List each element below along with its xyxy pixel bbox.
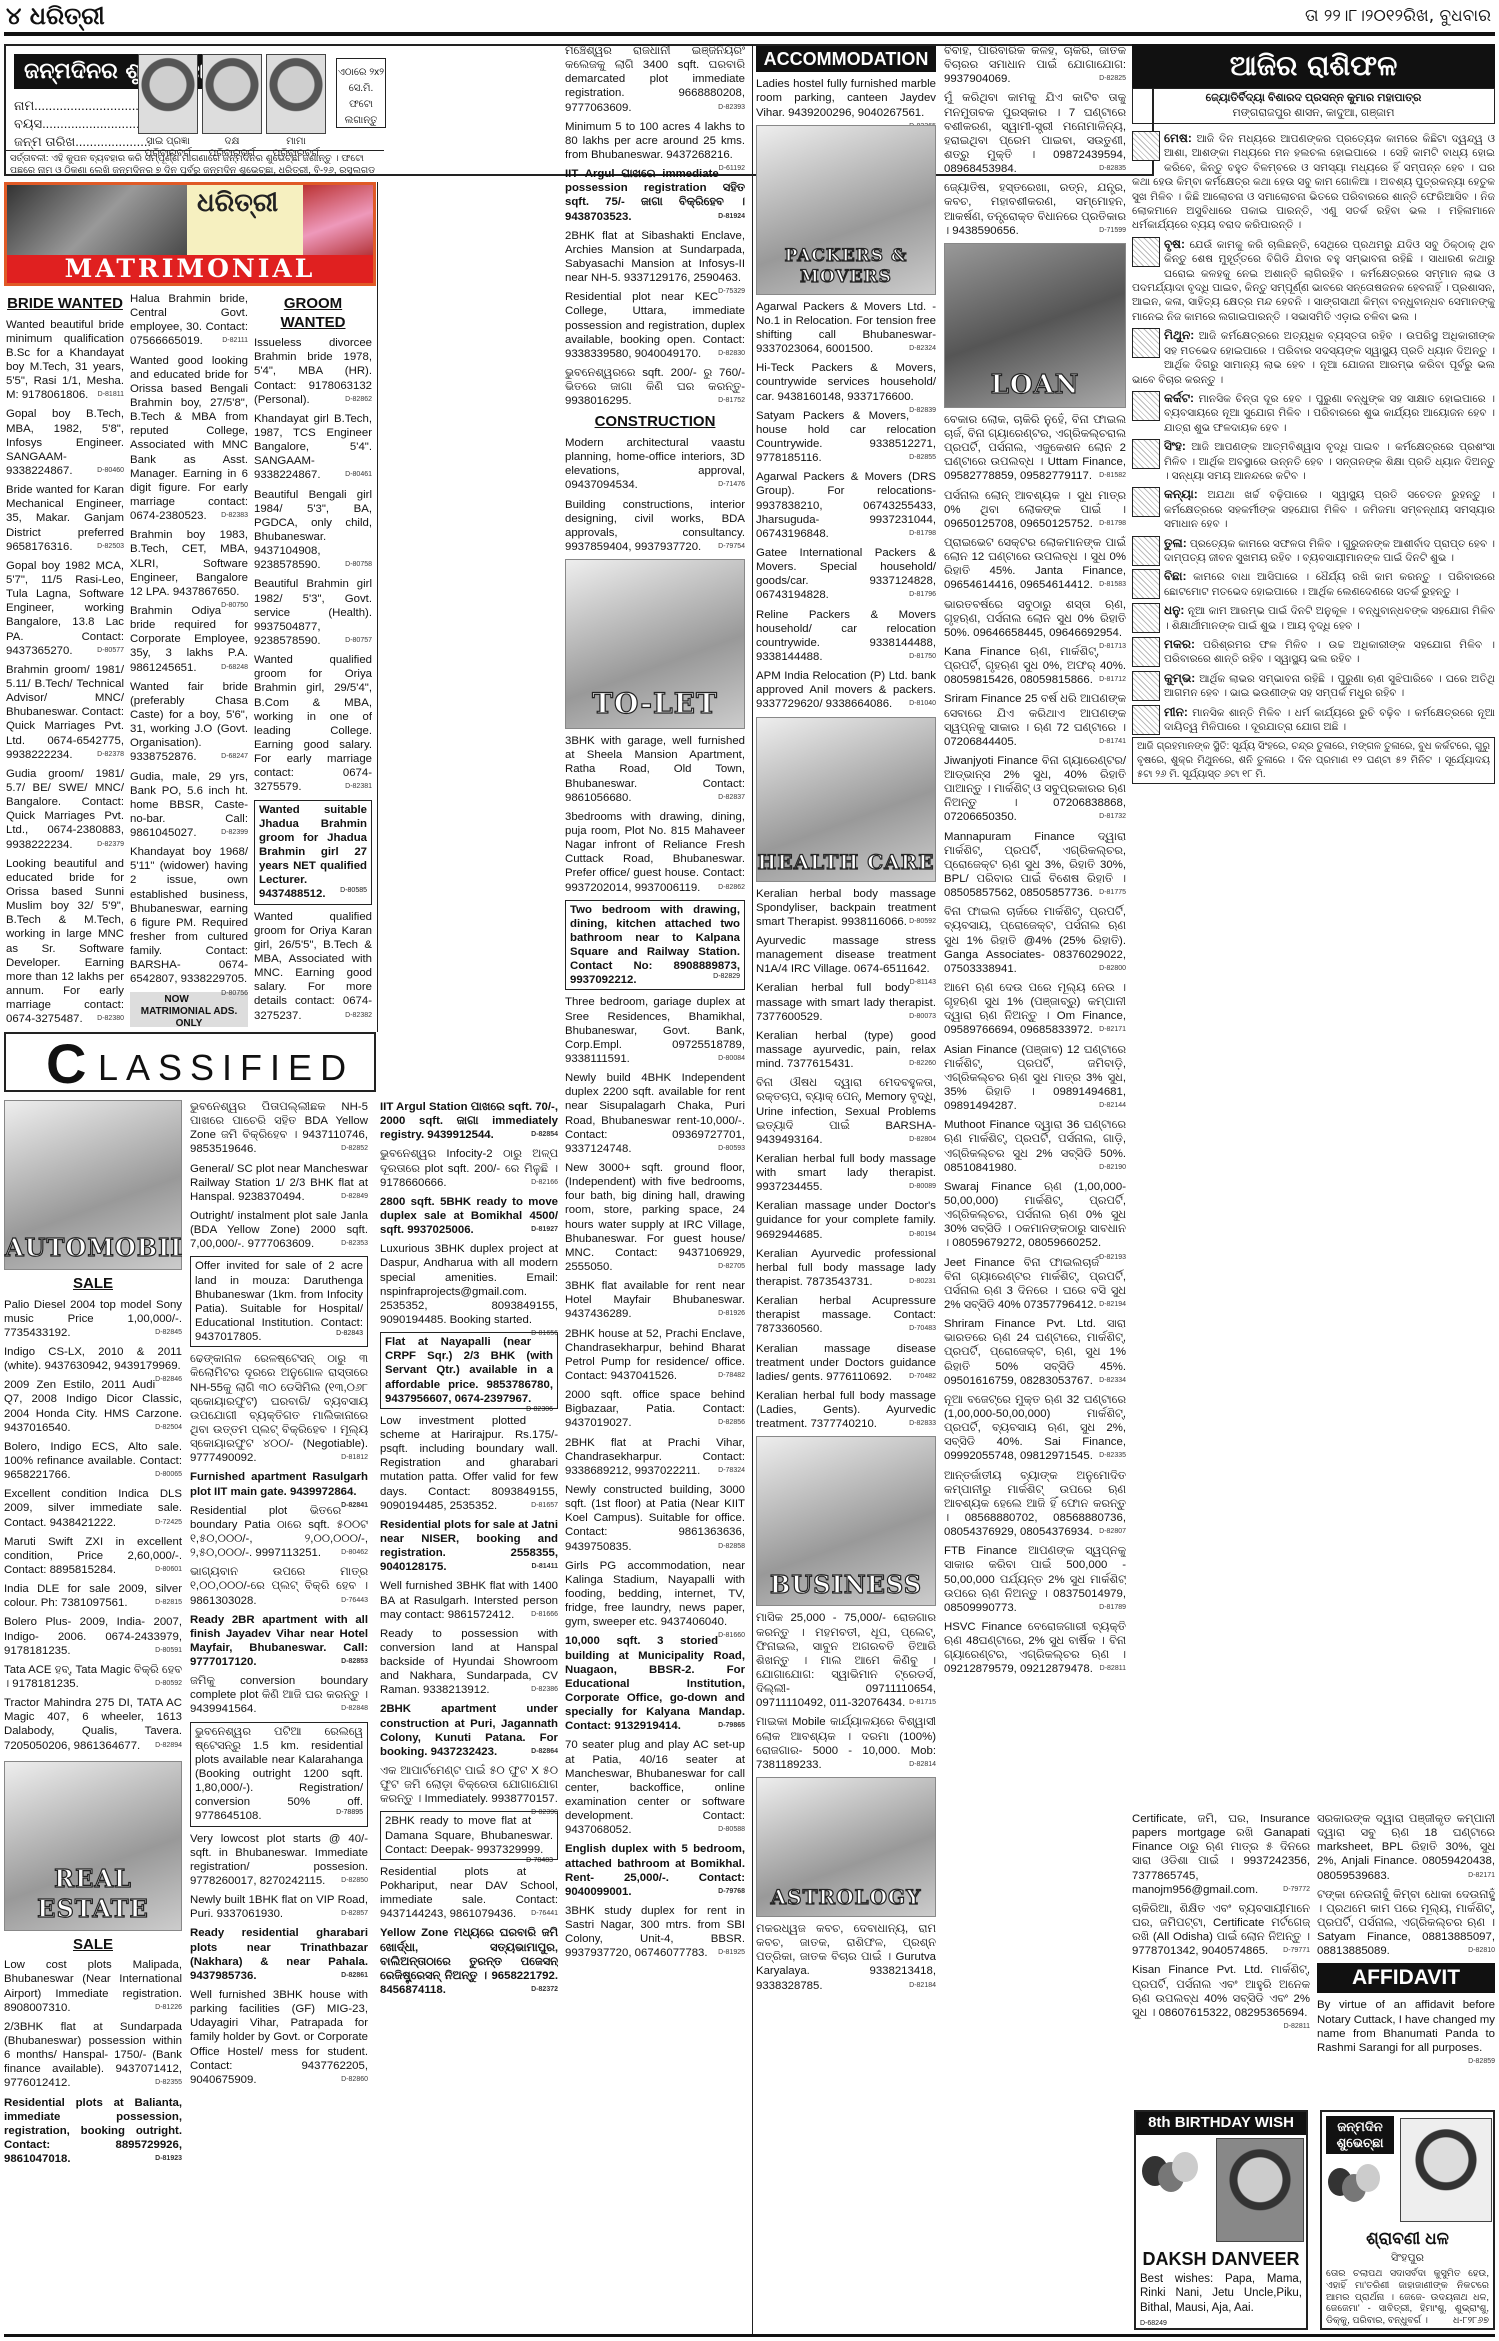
goat-icon <box>1132 637 1160 667</box>
bride-wanted-col-2: Halua Brahmin bride, Central Govt. emplo… <box>130 292 248 1027</box>
classified-ad: ଭୁବନେଶ୍ୱର Infocity-2 ଠାରୁ ଅଳ୍ପ ଦୂରତାରେ p… <box>380 1147 558 1189</box>
classified-ad: Brahmin groom/ 1981/ 5.11/ B.Tech/ Techn… <box>6 663 124 762</box>
bride-photo <box>303 185 373 263</box>
classified-ad: Three bedroom, gariage duplex at Sree Re… <box>565 995 745 1066</box>
classified-ad: 3bedrooms with drawing, dining, puja roo… <box>565 810 745 895</box>
classified-rest: LASSIFIED <box>98 1046 354 1091</box>
classified-ad: Building constructions, interior designi… <box>565 498 745 555</box>
classified-ad: Wanted qualified groom for Oriya Brahmin… <box>254 653 372 794</box>
classified-ad: Residential plots at Balianta, immediate… <box>4 2096 182 2167</box>
classified-ad: ମାଇକା Mobile କାର୍ଯ୍ୟାଳୟରେ ବିଶ୍ୱାସୀ ଲୋକ ଆ… <box>756 1715 936 1772</box>
classified-ad: Keralian herbal (type) good massage ayur… <box>756 1029 936 1071</box>
child-name: ଶ୍ରାବଣୀ ଧଳ <box>1326 2228 1489 2249</box>
classified-banner: C LASSIFIED <box>4 1032 376 1092</box>
classified-ad: IIT Argul Station ପାଖରେ sqft. 70/-, 2000… <box>380 1100 558 1142</box>
classified-ad: Newly constructed building, 3000 sqft. (… <box>565 1483 745 1554</box>
classified-ad: Gatee International Packers & Movers. Sp… <box>756 546 936 603</box>
rasiphal-title: ଆଜିର ରାଶିଫଳ <box>1132 44 1495 88</box>
classified-ad: ଢେଙ୍କାନାଳ ରେଳଷ୍ଟେସନ୍ ଠାରୁ ୩ କିଲୋମିଟର ଦୂର… <box>190 1352 368 1465</box>
classified-ad: ବେକାର ଲୋକ, ଚାକିରି ନୁହେଁ, ବିନା ଫାଇଲ ଚାର୍ଜ… <box>944 413 1126 484</box>
classified-ad: Agarwal Packers & Movers (DRS Group). Fo… <box>756 470 936 541</box>
rasi-dhanu: ଧନୁ: ନୂଆ କାମ ଆରମ୍ଭ ପାଇଁ ଦିନଟି ଅନୁକୂଳ । ବ… <box>1132 602 1495 633</box>
classified-ad: English duplex with 5 bedroom, attached … <box>565 1842 745 1899</box>
classified-ad: Keralian herbal full body massage with s… <box>756 1152 936 1194</box>
classified-ad: Furnished apartment Rasulgarh plot IIT m… <box>190 1470 368 1498</box>
classified-ad: Kisan Finance Pvt. Ltd. ମାର୍କଶିଟ୍, ପ୍ରପର… <box>1132 1963 1310 2020</box>
classified-ad: Residential plots for sale at Jatni near… <box>380 1518 558 1575</box>
classified-ad: Gopal boy 1982 MCA, 5'7", 11/5 Rasi-Leo,… <box>6 559 124 658</box>
classified-ad: Excellent condition Indica DLS 2009, sil… <box>4 1487 182 1529</box>
classified-ad: Gudia, male, 29 yrs, Bank PO, 5.6 inch h… <box>130 770 248 841</box>
classified-ad: Ready to possession with conversion land… <box>380 1627 558 1698</box>
dharitri-logo: ଧରିତ୍ରୀ <box>197 187 278 219</box>
matrimonial-banner: ଧରିତ୍ରୀ MATRIMONIAL <box>4 182 376 286</box>
classified-ad: ଜମିକୁ conversion boundary complete plot … <box>190 1674 368 1716</box>
classified-ad-boxed: Two bedroom with drawing, dining, kitche… <box>565 900 745 991</box>
classified-ad: ମଞ୍ଚେଶ୍ୱର ରାଜଧାନୀ ଇଞ୍ଜିନିୟରିଂ କଲେଜକୁ ଲାଗ… <box>565 44 745 115</box>
balloons-icon <box>1142 2152 1202 2212</box>
child-photo <box>138 54 198 134</box>
ram-icon <box>1132 131 1160 161</box>
virgin-icon <box>1132 487 1160 517</box>
classified-ad: Bolero Plus- 2009, India- 2007, Indigo- … <box>4 1615 182 1657</box>
scorpion-icon <box>1132 569 1160 599</box>
header-rule <box>4 32 1495 36</box>
rasi-tula: ତୁଳା: ପ୍ରତ୍ୟେକ କାମରେ ସଫଳତା ମିଳିବ । ଗୁରୁଜ… <box>1132 535 1495 566</box>
classified-ad: 70 seater plug and play AC set-up at Pat… <box>565 1738 745 1837</box>
classified-ad: Swaraj Finance ଋଣ (1,00,000-50,00,000) ମ… <box>944 1180 1126 1251</box>
classified-ad: Beautiful Bengali girl 1984/ 5'3", BA, P… <box>254 488 372 573</box>
classified-ad: ମାସିକ 25,000 - 75,000/- ରୋଜଗାର କରନ୍ତୁ । … <box>756 1611 936 1710</box>
classified-big-c: C <box>46 1034 86 1092</box>
classified-ad: 3BHK flat available for rent near Hotel … <box>565 1279 745 1321</box>
classified-ad: Mannapuram Finance ଦ୍ୱାରା ମାର୍କଶିଟ୍, ପ୍ର… <box>944 830 1126 901</box>
classified-ad: Gopal boy B.Tech, MBA, 1982, 5'8", Infos… <box>6 407 124 478</box>
scales-icon <box>1132 536 1160 566</box>
classified-ad-boxed: Wanted suitable Jhadua Brahmin groom for… <box>254 800 372 905</box>
classified-ad: Reline Packers & Movers household/ car r… <box>756 608 936 665</box>
classified-ad: Wanted good looking and educated bride f… <box>130 354 248 524</box>
archer-icon <box>1132 603 1160 633</box>
name-field[interactable]: ନାମ.............................. <box>14 98 143 114</box>
wishes-text: ତୋର ଚଲାପଥ ସଦାସର୍ବଦା କୁସୁମିତ ହେଉ, ଏହାହିଁ … <box>1326 2268 1489 2327</box>
rasi-mithuna: ମିଥୁନ: ଆଜି କର୍ମକ୍ଷେତ୍ରରେ ଅତ୍ୟଧିକ ବ୍ୟସ୍ତତ… <box>1132 327 1495 387</box>
birthday-wish-box: 8th BIRTHDAY WISH DAKSH DANVEER Best wis… <box>1134 2110 1308 2330</box>
classified-ad: 2800 sqft. 5BHK ready to move duplex sal… <box>380 1195 558 1237</box>
bride-wanted-col: BRIDE WANTED Wanted beautiful bride mini… <box>6 292 124 1027</box>
classified-ad: Brahmin Odiya bride required for Corpora… <box>130 604 248 675</box>
classified-ad: APM India Relocation (P) Ltd. bank appro… <box>756 669 936 711</box>
classified-ad: 2BHK house at 52, Prachi Enclave, Chandr… <box>565 1327 745 1384</box>
affidavit-heading: AFFIDAVIT <box>1317 1963 1495 1993</box>
classified-ad: Girls PG accommodation, near Kalinga Sta… <box>565 1559 745 1630</box>
classified-ad: Tata ACE ହବ୍, Tata Magic ବିକ୍ରି ହେବ । 91… <box>4 1663 182 1691</box>
classified-ad: Bride wanted for Karan Mechanical Engine… <box>6 483 124 554</box>
birthday-wish-odia-heading: ଜନ୍ମଦିନ ଶୁଭେଚ୍ଛା <box>1326 2116 1394 2154</box>
photo-slot: ଏଠାରେ ୨x୨ ସେ.ମି. ଫଟୋ ଲଗାନ୍ତୁ <box>336 58 386 128</box>
classified-ad: HSVC Finance ବେରୋଜଗାରୀ ବ୍ୟକ୍ତି ଋଣ 48ଘଣ୍ଟ… <box>944 1620 1126 1677</box>
construction-heading: CONSTRUCTION <box>565 413 745 432</box>
classified-ad: 2BHK apartment under construction at Pur… <box>380 1702 558 1759</box>
column-divider <box>377 182 378 1032</box>
child-photo <box>202 54 262 134</box>
child-photo <box>266 54 326 134</box>
classified-ad: Minimum 5 to 100 acres 4 lakhs to 80 lak… <box>565 120 745 162</box>
classified-ad: Low investment plotted scheme at Hariraj… <box>380 1414 558 1513</box>
classified-ad: Satyam Packers & Movers, house hold car … <box>756 409 936 466</box>
classified-ad: Gudia groom/ 1981/ 5.7/ BE/ SWE/ MNC/ Ba… <box>6 767 124 852</box>
classified-ad: Newly built 1BHK flat on VIP Road, Puri.… <box>190 1893 368 1921</box>
classified-ad: Ready 2BR apartment with all finish Jaya… <box>190 1613 368 1670</box>
classified-ad: Tractor Mahindra 275 DI, TATA AC Magic 4… <box>4 1696 182 1753</box>
lion-icon <box>1132 439 1160 469</box>
classified-ad: 2000 sqft. office space behind Bigbazaar… <box>565 1388 745 1430</box>
finance-right-col-a: Certificate, ଜମି, ଘର, Insurance papers m… <box>1132 1812 1310 2102</box>
classified-ad: Brahmin boy 1983, B.Tech, CET, MBA, XLRI… <box>130 528 248 599</box>
classified-ad: Maruti Swift ZXI in excellent condition,… <box>4 1535 182 1577</box>
classified-ad: ମୁଁ କରିଥିବା କାମକୁ ଯିଏ କାଟିବ ତାକୁ ମନମୁତାବ… <box>944 91 1126 176</box>
real-estate-sale-heading: SALE <box>4 1936 182 1955</box>
classified-ad: ଭାରତବର୍ଷରେ ସବୁଠାରୁ ଶସ୍ତା ଋଣ, ଗୃହଋଣ, ପର୍ସ… <box>944 598 1126 640</box>
classified-ad: Keralian herbal body massage Spondyliser… <box>756 887 936 929</box>
classified-ad: Agarwal Packers & Movers Ltd. - No.1 in … <box>756 300 936 357</box>
issue-date: ତା ୨୨।୮।୨୦୧୨ରିଖ, ବୁଧବାର <box>1305 6 1491 27</box>
classified-ad: Palio Diesel 2004 top model Sony music P… <box>4 1298 182 1340</box>
classified-ad: Wanted qualified groom for Oriya Karan g… <box>254 910 372 1023</box>
classified-ad: Modern architectural vaastu planning, ho… <box>565 436 745 493</box>
accommodation-heading: ACCOMMODATION <box>756 46 936 72</box>
rasi-karkata: କର୍କଟ: ମାନସିକ ଚିନ୍ତା ଦୂର ହେବ । ପୁରୁଣା ବନ… <box>1132 390 1495 435</box>
age-field[interactable]: ବୟସ............................. <box>14 116 147 132</box>
classified-ad: Keralian massage disease treatment under… <box>756 1342 936 1384</box>
child-photo <box>1400 2118 1492 2222</box>
classified-ad: Kana Finance ଋଣ, ମାର୍କଶିଟ୍, ପ୍ରପର୍ଟି, ଗୃ… <box>944 645 1126 687</box>
classified-ad: Khandayat girl B.Tech, 1987, TCS Enginee… <box>254 412 372 483</box>
birthday-wish-heading: 8th BIRTHDAY WISH <box>1136 2112 1306 2135</box>
astrology-image: ASTROLOGY <box>756 1777 936 1917</box>
classified-ad: IIT Argul ପାଖରେ immediate possession reg… <box>565 167 745 224</box>
classified-ad: 2BHK flat at Prachi Vihar, Chandrasekhar… <box>565 1436 745 1478</box>
classified-ad: ଜ୍ୟୋତିଷ, ହସ୍ତରେଖା, ରତ୍ନ, ଯନ୍ତ୍ର, କବଚ, ମହ… <box>944 181 1126 238</box>
classified-ad-boxed: ଭୁବନେଶ୍ୱର ପଟିଆ ରେଲୱେ ଷ୍ଟେସନ୍‌ରୁ 1.5 km. … <box>190 1722 368 1827</box>
classified-ad: Asian Finance (ପଞ୍ଜାବ) 12 ଘଣ୍ଟାରେ ମାର୍କଶ… <box>944 1043 1126 1114</box>
classified-ad: 3BHK with garage, well furnished at Shee… <box>565 734 745 805</box>
classified-ad: Well furnished 3BHK house with parking f… <box>190 1988 368 2087</box>
classified-ad: Newly build 4BHK Independent duplex 2200… <box>565 1071 745 1156</box>
groom-wanted-col: GROOM WANTED Issueless divorcee Brahmin … <box>254 292 372 1027</box>
classified-ad: Very lowcost plot starts @ 40/- sqft. in… <box>190 1832 368 1889</box>
footer-rule <box>4 2334 1495 2337</box>
classified-ad: 2/3BHK flat at Sundarpada (Bhubaneswar) … <box>4 2020 182 2091</box>
fish-icon <box>1132 705 1160 735</box>
groom-wanted-heading: GROOM WANTED <box>254 295 372 332</box>
classified-ad: Outright/ instalment plot sale Janla (BD… <box>190 1209 368 1251</box>
classified-ad: 10,000 sqft. 3 storied building at Munic… <box>565 1634 745 1733</box>
classified-ad: Halua Brahmin bride, Central Govt. emplo… <box>130 292 248 349</box>
rasi-kumbha: କୁମ୍ଭ: ଆର୍ଥିକ ଲାଭର ସମ୍ଭାବନା ରହିଛି । ପୁରୁ… <box>1132 670 1495 701</box>
classified-ad: ପର୍ସନାଲ ଲୋନ୍ ଆବଶ୍ୟକ । ସୁଧ ମାତ୍ର 0% ଥିବା … <box>944 489 1126 531</box>
classified-ad: FTB Finance ଆପଣଙ୍କ ସ୍ୱପ୍ନକୁ ସାକାର କରିବା … <box>944 1544 1126 1615</box>
classified-ad: Wanted beautiful bride minimum qualifica… <box>6 318 124 403</box>
to-let-image: TO-LET <box>565 559 745 729</box>
classified-ad: Beautiful Brahmin girl 1982/ 5'3", Govt.… <box>254 577 372 648</box>
to-let-col: ମଞ୍ଚେଶ୍ୱର ରାଜଧାନୀ ଇଞ୍ଜିନିୟରିଂ କଲେଜକୁ ଲାଗ… <box>565 44 745 2334</box>
classified-ad: Residential plots at Pokhariput, near DA… <box>380 1865 558 1922</box>
classified-ad-boxed: Flat at Nayapalli (near CRPF Sqr.) 2/3 B… <box>380 1332 558 1409</box>
classified-ad: Khandayat boy 1968/ 5'11" (widower) havi… <box>130 845 248 986</box>
classified-ad: ପ୍ରାଇଭେଟ ସେକ୍ଟର ଲୋକମାନଙ୍କ ପାଇଁ ଲୋନ 12 ଘଣ… <box>944 536 1126 593</box>
classified-ad: Shriram Finance Pvt. Ltd. ସାରା ଭାରତରେ ଋଣ… <box>944 1317 1126 1388</box>
rasi-mina: ମୀନ: ମାନସିକ ଶାନ୍ତି ମିଳିବ । ଧର୍ମ କାର୍ଯ୍ୟର… <box>1132 704 1495 735</box>
classified-ad: ନୂଆ ବଜେଟ୍‌ରେ ମୁକ୍ତ ଋଣ 32 ଘଣ୍ଟାରେ (1,00,0… <box>944 1393 1126 1464</box>
plots-col: ଭୁବନେଶ୍ୱର ପିତାପଲ୍ଲୀଛକ NH-5 ପାଖରେ ପାଚେରି … <box>190 1100 368 2335</box>
child-name: DAKSH DANVEER <box>1140 2248 1302 2270</box>
classified-ad: ମକରଧ୍ୱଜ କବଚ, ଦେବାଧାନ୍ୟ, ରାମ କବଚ, ଜାତକ, ର… <box>756 1922 936 1993</box>
classified-ad: ଏକ ଆପାର୍ଟମେଣ୍ଟ ପାଇଁ ୫୦ ଫୁଟ X ୫୦ ଫୁଟ ଜମି … <box>380 1764 558 1806</box>
classified-ad: ବିନା ଔଷଧ ଦ୍ୱାରା ମେଦବହୁଳତା, ରକ୍ତଚାପ, ବ୍ୟା… <box>756 1076 936 1147</box>
packers-movers-image: PACKERS & MOVERS <box>756 125 936 295</box>
classified-ad: ଆନ୍ତର୍ଜାତୀୟ ବ୍ୟାଙ୍କ ଅନୁମୋଦିତ କମ୍ପାନୀରୁ ମ… <box>944 1469 1126 1540</box>
wedding-photo <box>7 185 187 263</box>
property-col: IIT Argul Station ପାଖରେ sqft. 70/-, 2000… <box>380 1100 558 2335</box>
classified-ad: Yellow Zone ମଧ୍ୟରେ ଘରବାରି ଜମି ଖୋର୍ଦ୍ଧା, … <box>380 1926 558 1997</box>
classified-ad: Keralian herbal full body massage (Ladie… <box>756 1389 936 1431</box>
classified-ad: India DLE for sale 2009, silver colour. … <box>4 1582 182 1610</box>
classified-ad: Issueless divorcee Brahmin bride 1978, 5… <box>254 336 372 407</box>
classified-ad: Luxurious 3BHK duplex project at Daspur,… <box>380 1242 558 1327</box>
rasi-brusha: ବୃଷ: ଯେଉଁ କାମକୁ କରି ଚାଲିଛନ୍ତି, ସେଥିରେ ପ୍… <box>1132 236 1495 324</box>
automobile-image: AUTOMOBILE <box>4 1100 182 1270</box>
column-divider <box>752 44 753 2334</box>
classified-ad: ଭୁବନେଶ୍ୱର ପିତାପଲ୍ଲୀଛକ NH-5 ପାଖରେ ପାଚେରି … <box>190 1100 368 1157</box>
water-bearer-icon <box>1132 671 1160 701</box>
classified-ad: Well furnished 3BHK flat with 1400 BA at… <box>380 1579 558 1621</box>
health-care-image: HEALTH CARE <box>756 717 936 882</box>
child-place: ସିଂହପୁର <box>1326 2252 1489 2266</box>
classified-ad-boxed: Offer invited for sale of 2 acre land in… <box>190 1256 368 1347</box>
classified-ad: ବିବାହ, ପାରିବାରିକ କଳହ, ଚାକିରି, ଜାତକ ବିଚାର… <box>944 44 1126 86</box>
rasi-mesha: ମେଷ: ଆଜି ଦିନ ମଧ୍ୟରେ ଆପଣଙ୍କର ପ୍ରତ୍ୟେକ କାମ… <box>1132 130 1495 233</box>
classified-ad: Sriram Finance 25 ବର୍ଷ ଧରି ଆପଣଙ୍କ ସେବାରେ… <box>944 692 1126 749</box>
classified-ad: 3BHK study duplex for rent in Sastri Nag… <box>565 1904 745 1961</box>
twins-icon <box>1132 328 1160 358</box>
classified-ad: Certificate, ଜମି, ଘର, Insurance papers m… <box>1132 1812 1310 1897</box>
matrimonial-title: MATRIMONIAL <box>7 255 373 283</box>
classified-ad: Residential plot near KEC College, Uttar… <box>565 290 745 361</box>
bull-icon <box>1132 237 1160 267</box>
automobile-sale-heading: SALE <box>4 1275 182 1294</box>
classified-ad: Indigo CS-LX, 2010 & 2011 (white). 94376… <box>4 1345 182 1373</box>
classified-ad: Keralian herbal full body massage with s… <box>756 981 936 1023</box>
classified-ad: ସରକାରଙ୍କ ଦ୍ୱାରା ପଞ୍ଜୀକୃତ କମ୍ପାନୀ ଦ୍ୱାରା … <box>1317 1812 1495 1883</box>
classified-ad: Keralian herbal Acupressure therapist ma… <box>756 1294 936 1336</box>
finance-right-col-b: ସରକାରଙ୍କ ଦ୍ୱାରା ପଞ୍ଜୀକୃତ କମ୍ପାନୀ ଦ୍ୱାରା … <box>1317 1812 1495 2102</box>
classified-ad: Keralian massage under Doctor's guidance… <box>756 1199 936 1241</box>
classified-ad: Residential plot ଭିତରେ boundary Patia ଠା… <box>190 1504 368 1561</box>
wishes-text: Best wishes: Papa, Mama, Rinki Nani, Jet… <box>1140 2272 1302 2329</box>
classified-ad: ଭାଗ୍ୟବାନ ଉପରେ ମାତ୍ର ୧,୦୦,୦୦୦/-ରେ ପ୍ଲଟ୍ ବ… <box>190 1565 368 1607</box>
rasiphal-body: ମେଷ: ଆଜି ଦିନ ମଧ୍ୟରେ ଆପଣଙ୍କର ପ୍ରତ୍ୟେକ କାମ… <box>1132 130 1495 1760</box>
classified-ad: ବିନା ଫାଇଲ ଚାର୍ଜରେ ମାର୍କଶିଟ୍, ପ୍ରପର୍ଟି, ବ… <box>944 905 1126 976</box>
automobile-real-estate-col: AUTOMOBILE SALE Palio Diesel 2004 top mo… <box>4 1100 182 2335</box>
crab-icon <box>1132 391 1160 421</box>
planet-position-note: ଆଜି ଗ୍ରହମାନଙ୍କ ସ୍ଥିତି: ସୂର୍ଯ୍ୟ ସିଂହରେ, ଚ… <box>1132 737 1495 784</box>
loan-image: LOAN <box>944 243 1126 408</box>
bride-wanted-heading: BRIDE WANTED <box>6 295 124 314</box>
classified-ad-boxed: 2BHK ready to move flat at Damana Square… <box>380 1811 558 1859</box>
services-col: ACCOMMODATION Ladies hostel fully furnis… <box>756 44 936 2334</box>
loan-col: ବିବାହ, ପାରିବାରିକ କଳହ, ଚାକିରି, ଜାତକ ବିଚାର… <box>944 44 1126 2334</box>
classified-ad: New 3000+ sqft. ground floor, (Independe… <box>565 1161 745 1274</box>
classified-ad: ଟଙ୍କା ନେଉନାହୁଁ କିମ୍ବା ଧୋକା ଦେଉନାହୁଁ । ପ୍… <box>1317 1888 1495 1959</box>
classified-ad: Ladies hostel fully furnished marble roo… <box>756 77 936 119</box>
classified-ad: Jeet Finance ବିନା ଫାଇଲଚାର୍ଜ ବିନା ଗ୍ୟାରେଣ… <box>944 1256 1126 1313</box>
birthday-wish-odia-box: ଜନ୍ମଦିନ ଶୁଭେଚ୍ଛା ଶ୍ରାବଣୀ ଧଳ ସିଂହପୁର ତୋର … <box>1320 2110 1495 2330</box>
rasi-simha: ସିଂହ: ଆଜି ଆପଣଙ୍କ ଆତ୍ମବିଶ୍ୱାସ ବୃଦ୍ଧି ପାଇବ… <box>1132 438 1495 483</box>
classified-ad: Hi-Teck Packers & Movers, countrywide se… <box>756 361 936 403</box>
rasi-bichha: ବିଛା: କାମରେ ବାଧା ଆସିପାରେ । ଧୈର୍ଯ୍ୟ ରଖି କ… <box>1132 568 1495 599</box>
page-label: ୪ ଧରିତ୍ରୀ <box>6 2 105 32</box>
classified-ad: ଚାକିରିଆ, ଶିକ୍ଷିତ ଏବଂ ବ୍ୟବସାୟୀମାନେ ଘର, ଜମ… <box>1132 1902 1310 1959</box>
classified-ad: Muthoot Finance ଦ୍ୱାରା 36 ଘଣ୍ଟାରେ ଋଣ ମାର… <box>944 1118 1126 1175</box>
rasi-kanya: କନ୍ୟା: ଅଯଥା ଖର୍ଚ୍ଚ ବଢ଼ିପାରେ । ସ୍ୱାସ୍ଥ୍ୟ … <box>1132 486 1495 531</box>
classified-ad: ଆମେ ଋଣ ଦେଉ ପରେ ମୂଲ୍ୟ ନେଉ । ଗୃହଋଣ ସୁଧ 1% … <box>944 981 1126 1038</box>
classified-ad: Wanted fair bride (preferably Chasa Cast… <box>130 680 248 765</box>
classified-ad: Ready residential gharabari plots near T… <box>190 1926 368 1983</box>
child-photo <box>1216 2138 1304 2242</box>
classified-ad: Looking beautiful and educated bride for… <box>6 857 124 1027</box>
coupon-terms: ସର୍ତ୍ତାବଳୀ: ଏହି କୁପନ ବ୍ୟବହାର କରି ସମ୍ପୂର୍… <box>6 150 384 176</box>
affidavit-notice: By virtue of an affidavit before Notary … <box>1317 1998 1495 2055</box>
business-image: BUSINESS <box>756 1436 936 1606</box>
classified-ad: 2BHK flat at Sibashakti Enclave, Archies… <box>565 229 745 286</box>
rasiphal-author: ଜ୍ୟୋତିର୍ବିଦ୍ୟା ବିଶାରଦ ପ୍ରସନ୍ନ କୁମାର ମହାପ… <box>1132 88 1495 124</box>
classified-ad: Ayurvedic massage stress management dise… <box>756 934 936 976</box>
classified-ad: ଭୁବନେଶ୍ୱରରେ sqft. 200/- ରୁ 760/- ଭିତରେ ଜ… <box>565 366 745 408</box>
classified-ad: Keralian Ayurvedic professional herbal f… <box>756 1247 936 1289</box>
classified-ad: General/ SC plot near Mancheswar Railway… <box>190 1162 368 1204</box>
rasi-makara: ମକର: ପରିଶ୍ରମର ଫଳ ମିଳିବ । ଉଚ୍ଚ ଅଧିକାରୀଙ୍କ… <box>1132 636 1495 667</box>
classified-ad: 2009 Zen Estilo, 2011 Audi Q7, 2008 Indi… <box>4 1378 182 1435</box>
balloons-icon <box>1328 2164 1388 2224</box>
classified-ad: Bolero, Indigo ECS, Alto sale. 100% refi… <box>4 1440 182 1482</box>
real-estate-image: REAL ESTATE <box>4 1761 182 1931</box>
classified-ad: Low cost plots Malipada, Bhubaneswar (Ne… <box>4 1958 182 2015</box>
classified-ad: Jiwanjyoti Finance ବିନା ଗ୍ୟାରେଣ୍ଟର/ ଆଡ୍‌… <box>944 754 1126 825</box>
